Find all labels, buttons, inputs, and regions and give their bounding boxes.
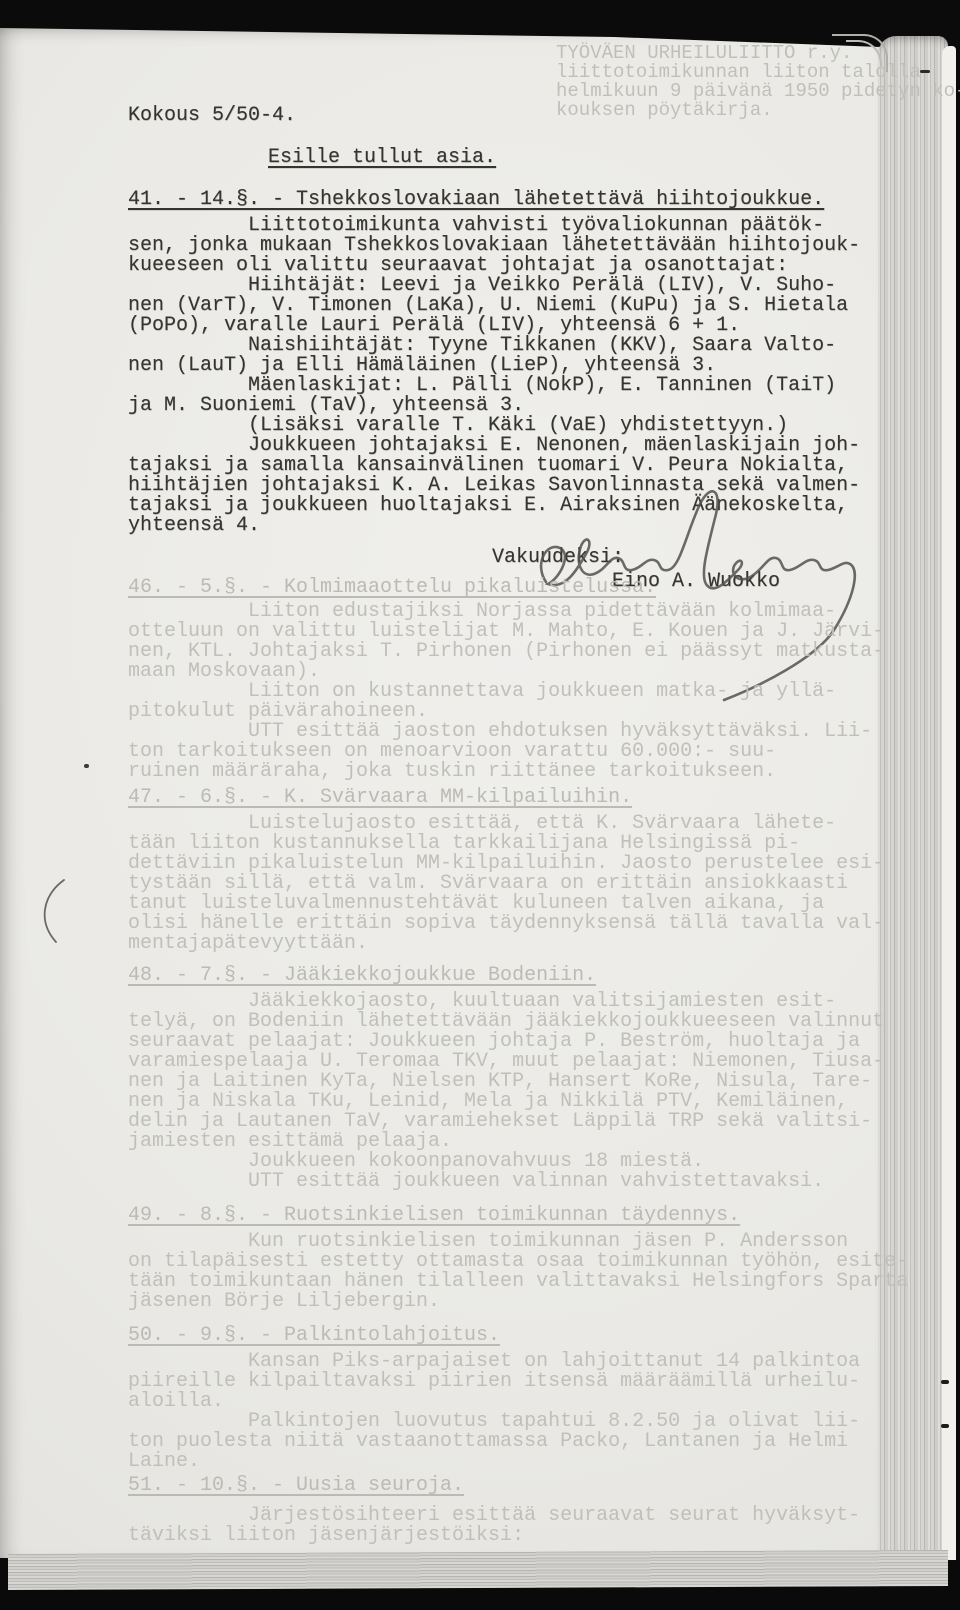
book-page-stack-bottom bbox=[8, 1550, 948, 1590]
ghost-section-body: Järjestösihteeri esittää seuraavat seura… bbox=[128, 1506, 860, 1546]
ink-speck bbox=[84, 764, 89, 768]
ghost-section-body: Kansan Piks-arpajaiset on lahjoittanut 1… bbox=[128, 1352, 860, 1472]
outer-page-edge bbox=[942, 46, 956, 1560]
ghost-section-heading: 48. - 7.§. - Jääkiekkojoukkue Bodeniin. bbox=[128, 966, 596, 986]
ghost-section-body: Kun ruotsinkielisen toimikunnan jäsen P.… bbox=[128, 1232, 908, 1312]
page-label: Kokous 5/50-4. bbox=[128, 106, 296, 126]
edge-mark bbox=[920, 70, 930, 73]
document-title: Esille tullut asia. bbox=[268, 148, 496, 168]
ghost-header-text: TYÖVÄEN URHEILULIITTO r.y. liittotoimiku… bbox=[556, 44, 960, 120]
ghost-section-heading: 46. - 5.§. - Kolmimaaottelu pikaluistelu… bbox=[128, 578, 656, 598]
ghost-section-body: Luistelujaosto esittää, että K. Svärvaar… bbox=[128, 814, 884, 954]
ghost-section-body: Liiton edustajiksi Norjassa pidettävään … bbox=[128, 602, 884, 782]
ghost-section-heading: 50. - 9.§. - Palkintolahjoitus. bbox=[128, 1326, 500, 1346]
ghost-section-body: Jääkiekkojaosto, kuultuaan valitsijamies… bbox=[128, 992, 884, 1192]
edge-mark bbox=[941, 1424, 949, 1428]
section-41-heading: 41. - 14.§. - Tshekkoslovakiaan lähetett… bbox=[128, 190, 824, 210]
edge-mark bbox=[941, 1380, 949, 1384]
book-page-stack-right bbox=[878, 36, 948, 1578]
ghost-section-heading: 47. - 6.§. - K. Svärvaara MM-kilpailuihi… bbox=[128, 788, 632, 808]
handwritten-parenthesis-mark bbox=[26, 870, 76, 950]
ghost-section-heading: 49. - 8.§. - Ruotsinkielisen toimikunnan… bbox=[128, 1206, 740, 1226]
scanned-document-page: TYÖVÄEN URHEILULIITTO r.y. liittotoimiku… bbox=[0, 0, 960, 1610]
ghost-section-heading: 51. - 10.§. - Uusia seuroja. bbox=[128, 1476, 464, 1496]
